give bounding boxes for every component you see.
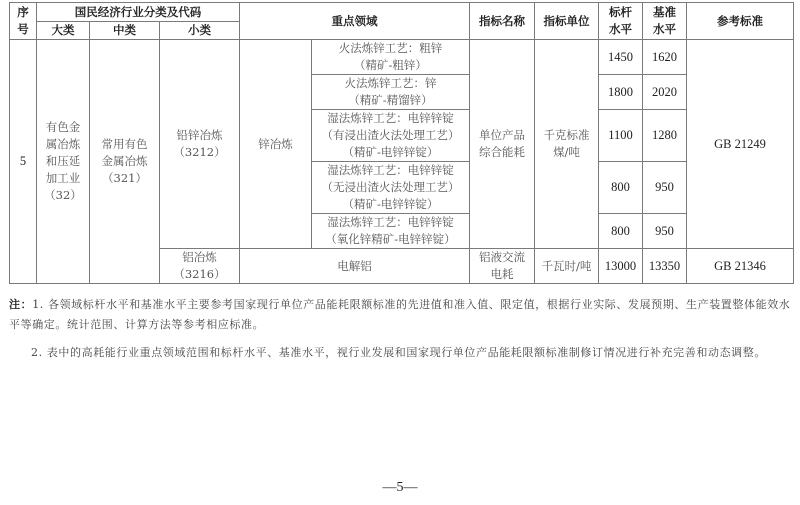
baseline-value: 1620 xyxy=(643,40,687,75)
indicator-unit-cell: 千克标准 煤/吨 xyxy=(535,40,599,249)
indicator-name-cell: 铝液交流 电耗 xyxy=(470,249,535,284)
baseline-value: 950 xyxy=(643,162,687,214)
header-indicator-name: 指标名称 xyxy=(470,3,535,40)
header-reference-standard: 参考标准 xyxy=(687,3,794,40)
process-cell: 火法炼锌工艺：粗锌 （精矿-粗锌） xyxy=(312,40,470,75)
key-field-cell: 锌冶炼 xyxy=(240,40,312,249)
process-cell: 火法炼锌工艺：锌 （精矿-精馏锌） xyxy=(312,75,470,110)
notes-prefix: 注： xyxy=(9,298,32,311)
table-notes: 注：1. 各领域标杆水平和基准水平主要参考国家现行单位产品能耗限额标准的先进值和… xyxy=(9,295,793,363)
minor-category-cell: 铝冶炼 （3216） xyxy=(160,249,240,284)
header-major-category: 大类 xyxy=(37,22,90,40)
indicator-unit-cell: 千瓦时/吨 xyxy=(535,249,599,284)
header-key-field: 重点领域 xyxy=(240,3,470,40)
process-cell: 湿法炼锌工艺：电锌锌锭 （有浸出渣火法处理工艺） （精矿-电锌锌锭） xyxy=(312,110,470,162)
key-field-cell: 电解铝 xyxy=(240,249,470,284)
header-minor-category: 小类 xyxy=(160,22,240,40)
indicator-name-cell: 单位产品 综合能耗 xyxy=(470,40,535,249)
note-1: 注：1. 各领域标杆水平和基准水平主要参考国家现行单位产品能耗限额标准的先进值和… xyxy=(9,295,793,335)
seq-cell: 5 xyxy=(10,40,37,284)
header-indicator-unit: 指标单位 xyxy=(535,3,599,40)
reference-standard-cell: GB 21346 xyxy=(687,249,794,284)
energy-benchmark-table: 序号 国民经济行业分类及代码 重点领域 指标名称 指标单位 标杆水平 基准水平 … xyxy=(9,2,794,284)
middle-category-cell: 常用有色 金属冶炼 （321） xyxy=(90,40,160,284)
baseline-value: 2020 xyxy=(643,75,687,110)
reference-standard-cell: GB 21249 xyxy=(687,40,794,249)
page-number: —5— xyxy=(0,480,800,496)
header-seq: 序号 xyxy=(10,3,37,40)
process-cell: 湿法炼锌工艺：电锌锌锭 （氧化锌精矿-电锌锌锭） xyxy=(312,214,470,249)
process-cell: 湿法炼锌工艺：电锌锌锭 （无浸出渣火法处理工艺） （精矿-电锌锌锭） xyxy=(312,162,470,214)
table-row: 5 有色金 属冶炼 和压延 加工业 （32） 常用有色 金属冶炼 （321） 铅… xyxy=(10,40,794,75)
baseline-value: 950 xyxy=(643,214,687,249)
major-category-cell: 有色金 属冶炼 和压延 加工业 （32） xyxy=(37,40,90,284)
benchmark-value: 800 xyxy=(599,162,643,214)
benchmark-value: 800 xyxy=(599,214,643,249)
benchmark-value: 1100 xyxy=(599,110,643,162)
baseline-value: 1280 xyxy=(643,110,687,162)
baseline-value: 13350 xyxy=(643,249,687,284)
benchmark-value: 13000 xyxy=(599,249,643,284)
header-baseline-level: 基准水平 xyxy=(643,3,687,40)
header-industry-classification: 国民经济行业分类及代码 xyxy=(37,3,240,22)
header-benchmark-level: 标杆水平 xyxy=(599,3,643,40)
benchmark-value: 1450 xyxy=(599,40,643,75)
header-middle-category: 中类 xyxy=(90,22,160,40)
minor-category-cell: 铅锌冶炼 （3212） xyxy=(160,40,240,249)
note-2: 2. 表中的高耗能行业重点领域范围和标杆水平、基准水平，视行业发展和国家现行单位… xyxy=(9,343,793,363)
benchmark-value: 1800 xyxy=(599,75,643,110)
